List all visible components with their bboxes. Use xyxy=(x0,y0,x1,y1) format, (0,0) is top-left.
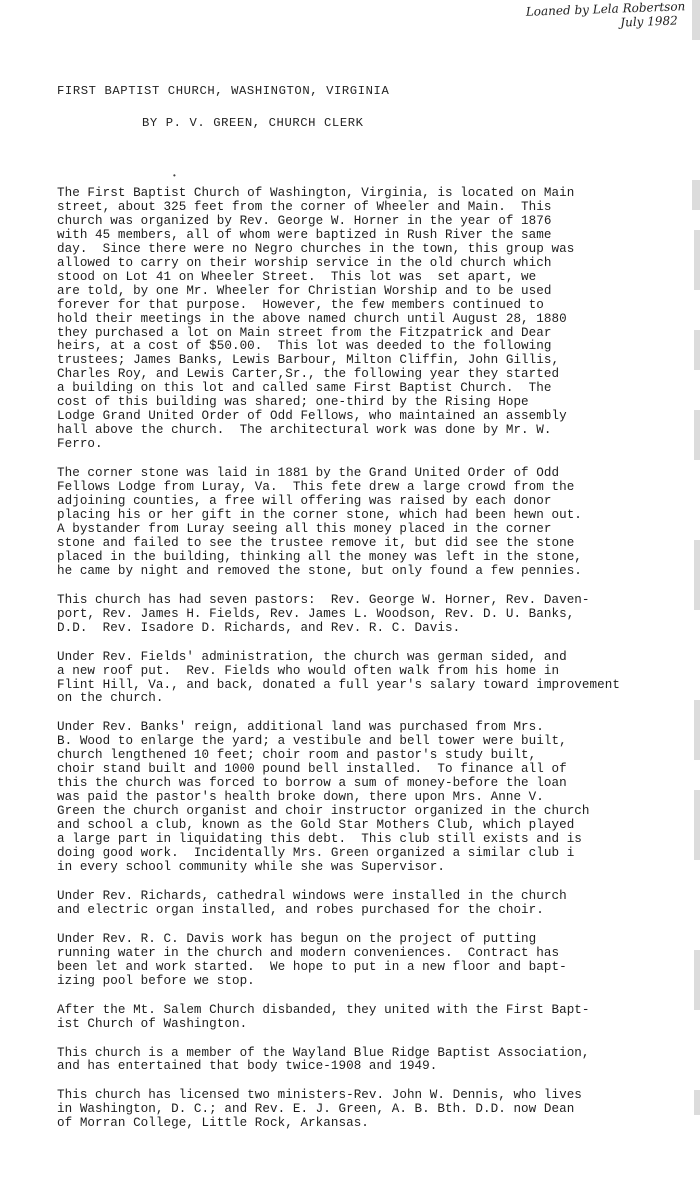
text-line: street, about 325 feet from the corner o… xyxy=(57,201,697,215)
text-line: running water in the church and modern c… xyxy=(57,947,697,961)
text-line: hold their meetings in the above named c… xyxy=(57,313,697,327)
scan-artifact xyxy=(694,1090,700,1115)
scan-artifact xyxy=(694,700,700,760)
text-line: stone and failed to see the trustee remo… xyxy=(57,537,697,551)
text-line: a building on this lot and called same F… xyxy=(57,382,697,396)
text-line: a large part in liquidating this debt. T… xyxy=(57,833,697,847)
text-line: day. Since there were no Negro churches … xyxy=(57,243,697,257)
text-line: been let and work started. We hope to pu… xyxy=(57,961,697,975)
text-line: forever for that purpose. However, the f… xyxy=(57,299,697,313)
text-line: Charles Roy, and Lewis Carter,Sr., the f… xyxy=(57,368,697,382)
text-line: After the Mt. Salem Church disbanded, th… xyxy=(57,1004,697,1018)
text-line: this the church was forced to borrow a s… xyxy=(57,777,697,791)
text-line: cost of this building was shared; one-th… xyxy=(57,396,697,410)
text-line: This church has had seven pastors: Rev. … xyxy=(57,594,697,608)
text-line: placed in the building, thinking all the… xyxy=(57,551,697,565)
text-line: Under Rev. R. C. Davis work has begun on… xyxy=(57,933,697,947)
text-line: Ferro. xyxy=(57,438,697,452)
text-line: and school a club, known as the Gold Sta… xyxy=(57,819,697,833)
text-line: they purchased a lot on Main street from… xyxy=(57,327,697,341)
text-line: adjoining counties, a free will offering… xyxy=(57,495,697,509)
scan-artifact xyxy=(694,540,700,610)
text-line: are told, by one Mr. Wheeler for Christi… xyxy=(57,285,697,299)
paragraph: Under Rev. Banks' reign, additional land… xyxy=(57,721,697,874)
text-line: was paid the pastor's health broke down,… xyxy=(57,791,697,805)
text-line: of Morran College, Little Rock, Arkansas… xyxy=(57,1117,697,1131)
scan-artifact xyxy=(694,410,700,460)
text-line: with 45 members, all of whom were baptiz… xyxy=(57,229,697,243)
text-line: and electric organ installed, and robes … xyxy=(57,904,697,918)
text-line: stood on Lot 41 on Wheeler Street. This … xyxy=(57,271,697,285)
scan-artifact xyxy=(692,180,700,210)
paragraph: Under Rev. R. C. Davis work has begun on… xyxy=(57,933,697,989)
text-line: on the church. xyxy=(57,692,697,706)
scan-artifact xyxy=(694,950,700,1010)
scan-artifact xyxy=(694,230,700,290)
document-body: The First Baptist Church of Washington, … xyxy=(57,187,697,1146)
text-line: A bystander from Luray seeing all this m… xyxy=(57,523,697,537)
paragraph: This church has had seven pastors: Rev. … xyxy=(57,594,697,636)
text-line: church lengthened 10 feet; choir room an… xyxy=(57,749,697,763)
text-line: choir stand built and 1000 pound bell in… xyxy=(57,763,697,777)
scan-artifact xyxy=(694,790,700,860)
text-line: allowed to carry on their worship servic… xyxy=(57,257,697,271)
text-line: Under Rev. Richards, cathedral windows w… xyxy=(57,890,697,904)
document-page: Loaned by Lela Robertson July 1982 FIRST… xyxy=(0,0,700,1191)
text-line: he came by night and removed the stone, … xyxy=(57,565,697,579)
text-line: hall above the church. The architectural… xyxy=(57,424,697,438)
document-byline: BY P. V. GREEN, CHURCH CLERK xyxy=(142,116,364,130)
text-line: church was organized by Rev. George W. H… xyxy=(57,215,697,229)
paragraph: Under Rev. Richards, cathedral windows w… xyxy=(57,890,697,918)
scan-artifact xyxy=(692,0,700,40)
text-line: Lodge Grand United Order of Odd Fellows,… xyxy=(57,410,697,424)
text-line: in every school community while she was … xyxy=(57,861,697,875)
text-line: D.D. Rev. Isadore D. Richards, and Rev. … xyxy=(57,622,697,636)
text-line: Flint Hill, Va., and back, donated a ful… xyxy=(57,679,697,693)
paragraph: The corner stone was laid in 1881 by the… xyxy=(57,467,697,579)
paragraph: Under Rev. Fields' administration, the c… xyxy=(57,651,697,707)
paragraph: This church is a member of the Wayland B… xyxy=(57,1047,697,1075)
text-line: heirs, at a cost of $50.00. This lot was… xyxy=(57,340,697,354)
paragraph: This church has licensed two ministers-R… xyxy=(57,1089,697,1131)
text-line: doing good work. Incidentally Mrs. Green… xyxy=(57,847,697,861)
paragraph: The First Baptist Church of Washington, … xyxy=(57,187,697,452)
text-line: izing pool before we stop. xyxy=(57,975,697,989)
text-line: in Washington, D. C.; and Rev. E. J. Gre… xyxy=(57,1103,697,1117)
text-line: This church is a member of the Wayland B… xyxy=(57,1047,697,1061)
text-line: B. Wood to enlarge the yard; a vestibule… xyxy=(57,735,697,749)
text-line: ist Church of Washington. xyxy=(57,1018,697,1032)
text-line: a new roof put. Rev. Fields who would of… xyxy=(57,665,697,679)
document-title: FIRST BAPTIST CHURCH, WASHINGTON, VIRGIN… xyxy=(57,84,389,98)
handwritten-annotation: Loaned by Lela Robertson July 1982 xyxy=(526,0,686,33)
text-line: The corner stone was laid in 1881 by the… xyxy=(57,467,697,481)
text-line: placing his or her gift in the corner st… xyxy=(57,509,697,523)
text-line: port, Rev. James H. Fields, Rev. James L… xyxy=(57,608,697,622)
text-line: Fellows Lodge from Luray, Va. This fete … xyxy=(57,481,697,495)
text-line: Under Rev. Banks' reign, additional land… xyxy=(57,721,697,735)
text-line: Green the church organist and choir inst… xyxy=(57,805,697,819)
text-line: trustees; James Banks, Lewis Barbour, Mi… xyxy=(57,354,697,368)
text-line: and has entertained that body twice-1908… xyxy=(57,1060,697,1074)
text-line: The First Baptist Church of Washington, … xyxy=(57,187,697,201)
scan-artifact xyxy=(694,330,700,370)
scan-speck: • xyxy=(172,172,177,181)
text-line: Under Rev. Fields' administration, the c… xyxy=(57,651,697,665)
text-line: This church has licensed two ministers-R… xyxy=(57,1089,697,1103)
paragraph: After the Mt. Salem Church disbanded, th… xyxy=(57,1004,697,1032)
